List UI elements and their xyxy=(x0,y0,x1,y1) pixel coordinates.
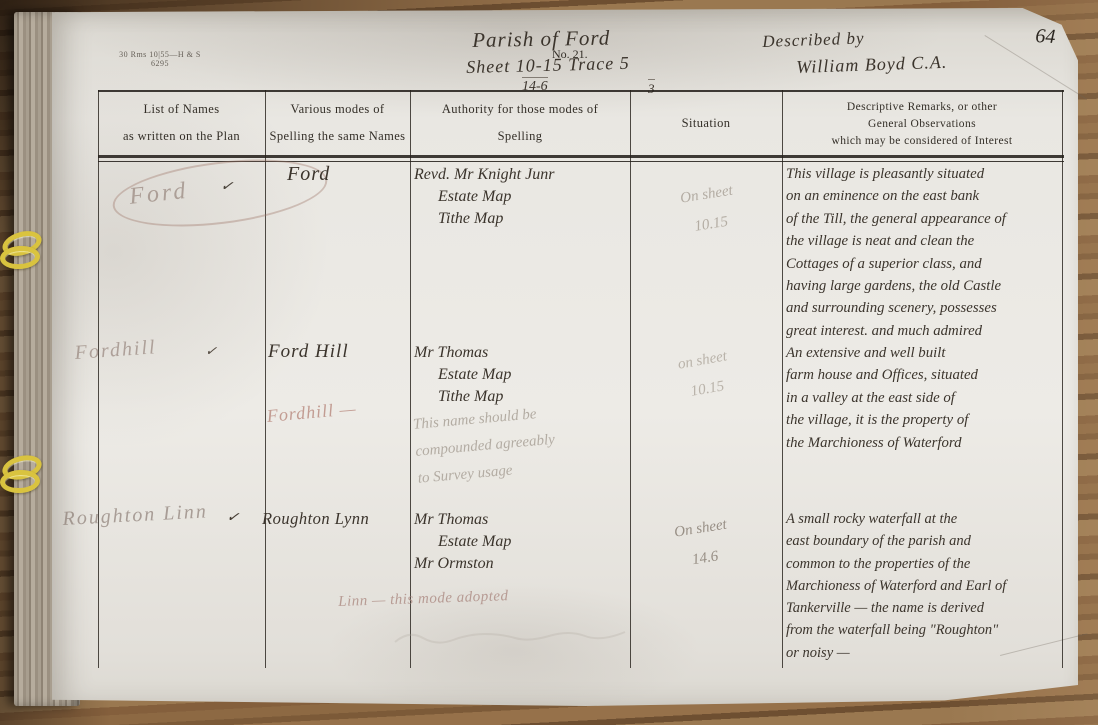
printer-stamp: 30 Rms 10|55—H & S 6295 xyxy=(100,50,220,68)
column-rule-3 xyxy=(410,90,411,668)
column-header-situation: Situation xyxy=(630,110,782,137)
spelling-row2: Ford Hill xyxy=(268,341,349,363)
header-bottom-rule-thick xyxy=(98,155,1064,158)
cord-loop-icon xyxy=(0,469,41,494)
scanned-name-book-photo: 30 Rms 10|55—H & S 6295 64 Parish of For… xyxy=(0,0,1098,725)
column-header-authority: Authority for those modes of Spelling xyxy=(410,96,630,150)
binding-cord-top xyxy=(0,228,48,270)
sheet-trace-line: Sheet 10-15 Trace 5 xyxy=(466,53,630,78)
remarks-row1: This village is pleasantly situated on a… xyxy=(786,163,1006,342)
remarks-header-line2: General Observations xyxy=(868,118,976,130)
remarks-header-line1: Descriptive Remarks, or other xyxy=(847,101,997,113)
cord-loop-icon xyxy=(0,245,41,271)
authority-row3: Mr Thomas Estate Map Mr Ormston xyxy=(414,509,511,575)
page-number: 64 xyxy=(1035,25,1056,49)
binding-cord-bottom xyxy=(0,452,48,494)
stamp-line1: 30 Rms 10|55—H & S xyxy=(119,50,201,59)
spelling-row1: Ford xyxy=(287,163,330,186)
trace-subscript: 3 xyxy=(648,79,655,97)
column-rule-5 xyxy=(782,90,783,668)
names-header-line1: List of Names xyxy=(143,102,219,116)
authority-row2: Mr Thomas Estate Map Tithe Map xyxy=(414,342,511,408)
column-rule-4 xyxy=(630,90,631,668)
check-mark-row3: ✓ xyxy=(225,507,240,528)
column-header-remarks: Descriptive Remarks, or other General Ob… xyxy=(782,99,1062,150)
authority-row1: Revd. Mr Knight Junr Estate Map Tithe Ma… xyxy=(414,164,554,230)
remarks-row2: An extensive and well built farm house a… xyxy=(786,342,978,454)
authority-header-line1: Authority for those modes of xyxy=(442,102,598,116)
modes-header-line2: Spelling the same Names xyxy=(270,129,406,143)
modes-header-line1: Various modes of xyxy=(291,102,385,116)
column-header-names: List of Names as written on the Plan xyxy=(98,96,265,150)
check-mark-row2: ✓ xyxy=(204,343,217,361)
remarks-header-line3: which may be considered of Interest xyxy=(831,135,1012,147)
remarks-row3: A small rocky waterfall at the east boun… xyxy=(786,508,1006,664)
column-header-modes: Various modes of Spelling the same Names xyxy=(265,96,410,150)
spelling-row3: Roughton Lynn xyxy=(262,509,369,529)
described-by-label: Described by xyxy=(762,28,865,52)
check-mark-row1: ✓ xyxy=(219,176,234,197)
column-rule-6 xyxy=(1062,90,1063,668)
table-top-rule xyxy=(98,90,1064,92)
column-rule-1 xyxy=(98,90,99,668)
names-header-line2: as written on the Plan xyxy=(123,129,240,143)
faint-pencil-scribble xyxy=(390,620,640,656)
authority-pencil-note-row2: This name should be compounded agreeably… xyxy=(412,400,558,493)
stamp-line2: 6295 xyxy=(151,59,169,68)
parish-title: Parish of Ford xyxy=(472,26,610,53)
sheet-subscript: 14-6 xyxy=(522,77,548,95)
authority-header-line2: Spelling xyxy=(498,129,543,143)
